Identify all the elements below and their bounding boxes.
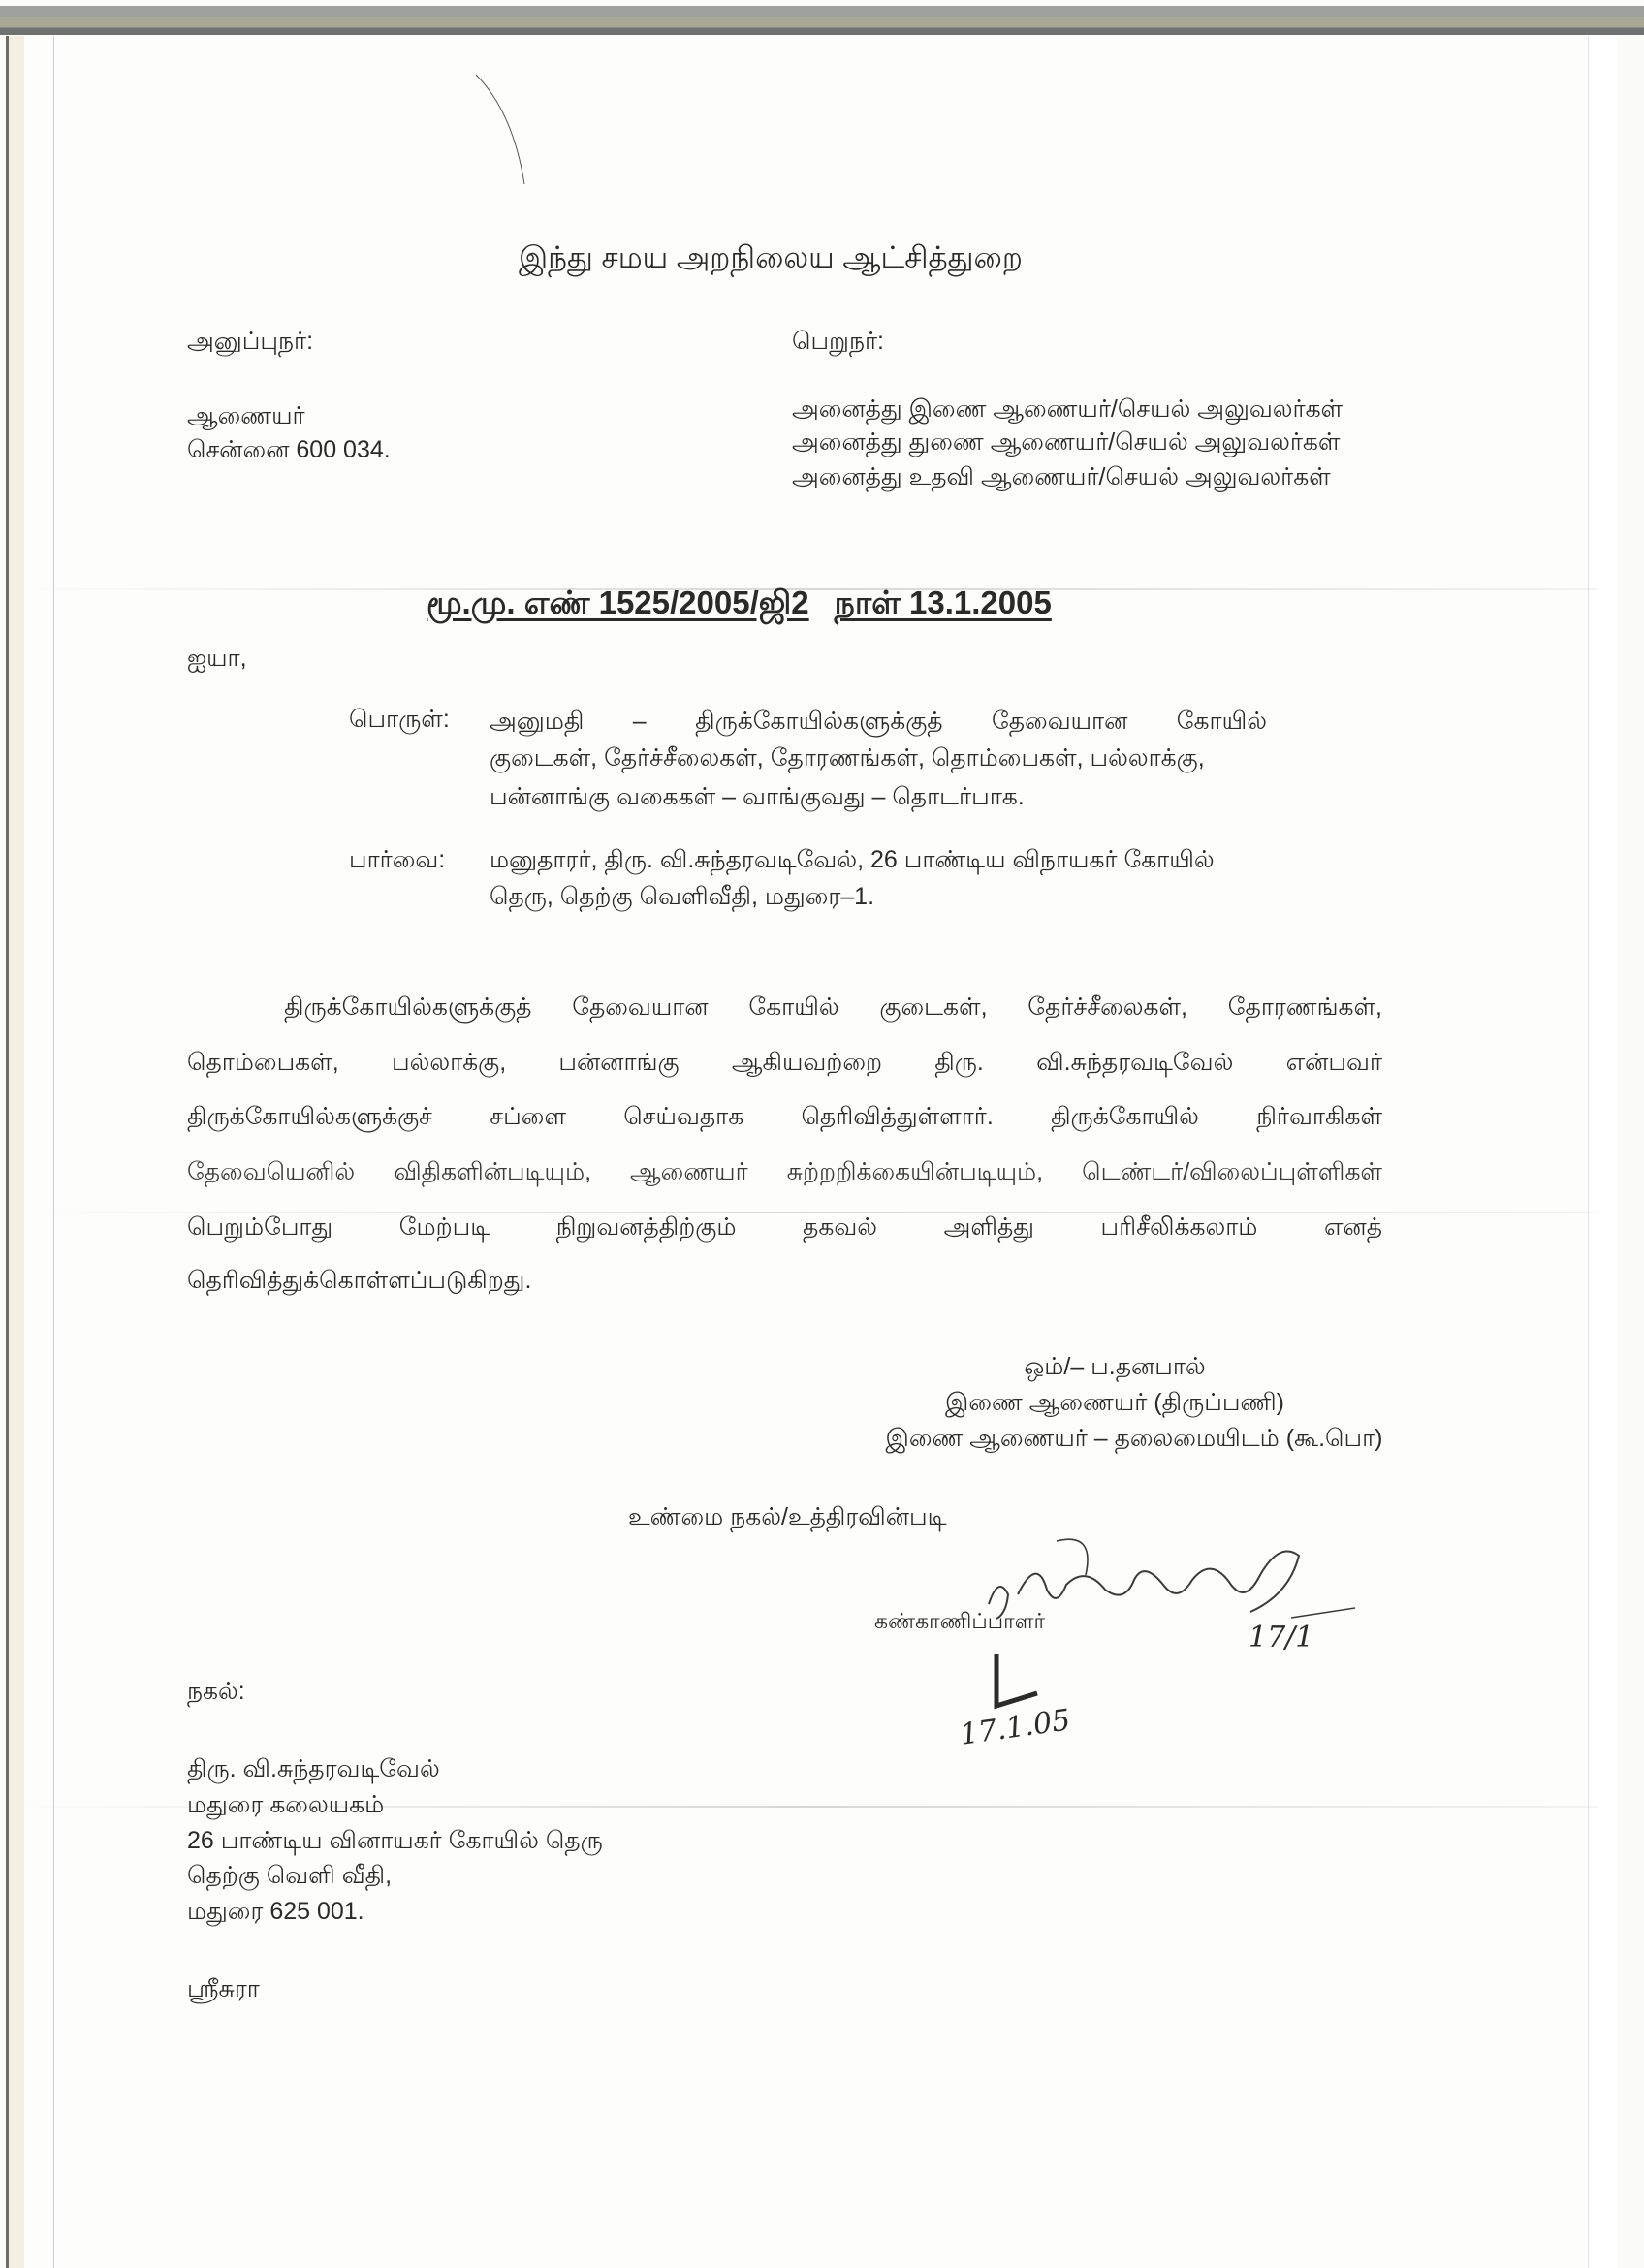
- subject-line: குடைகள், தேர்ச்சீலைகள், தோரணங்கள், தொம்ப…: [490, 746, 1205, 771]
- subject-line: அனுமதி – திருக்கோயில்களுக்குத் தேவையான க…: [490, 708, 1267, 739]
- subject-label: பொருள்:: [349, 708, 450, 732]
- signatory-designation: இணை ஆணையர் (திருப்பணி): [906, 1391, 1323, 1415]
- subject-line: பன்னாங்கு வகைகள் – வாங்குவது – தொடர்பாக.: [490, 785, 1025, 809]
- sender-line: ஆணையர்: [187, 404, 305, 428]
- reference-date: நாள் 13.1.2005: [835, 584, 1052, 620]
- document-page: [6, 36, 1618, 2268]
- pen-stroke: [1289, 1604, 1357, 1623]
- body-line: பெறும்போது மேற்படி நிறுவனத்திற்கும் தகவல…: [187, 1213, 1382, 1244]
- copy-to-line: திரு. வி.சுந்தரவடிவேல்: [187, 1757, 440, 1781]
- reference-doc-line: மனுதாரர், திரு. வி.சுந்தரவடிவேல், 26 பாண…: [490, 848, 1215, 872]
- body-line: தேவையெனில் விதிகளின்படியும், ஆணையர் சுற்…: [187, 1158, 1382, 1189]
- sender-label: அனுப்புநர்:: [187, 330, 313, 354]
- supervisor-designation: கண்காணிப்பாளர்: [874, 1611, 1045, 1632]
- page-right-edge: [1588, 36, 1618, 2268]
- copy-to-line: 26 பாண்டிய வினாயகர் கோயில் தெரு: [187, 1829, 603, 1853]
- body-line: திருக்கோயில்களுக்குச் சப்ளை செய்வதாக தெர…: [187, 1103, 1382, 1134]
- reference-number-line: மூ.மு. எண் 1525/2005/ஜி2நாள் 13.1.2005: [427, 586, 1052, 618]
- handwritten-tick-mark: [989, 1653, 1047, 1711]
- department-title: இந்து சமய அறநிலைய ஆட்சித்துறை: [519, 242, 1023, 272]
- sender-line: சென்னை 600 034.: [187, 438, 391, 462]
- copy-to-line: மதுரை கலையகம்: [187, 1793, 384, 1817]
- reference-number: மூ.மு. எண் 1525/2005/ஜி2: [427, 584, 809, 620]
- signatory-designation: இணை ஆணையர் – தலைமையிடம் (கூ.பொ): [863, 1427, 1406, 1451]
- scan-curve-artifact: [474, 73, 552, 189]
- handwritten-initial-date: 17/1: [1249, 1621, 1313, 1654]
- recipient-label: பெறுநர்:: [792, 330, 884, 354]
- reference-doc-line: தெரு, தெற்கு வெளிவீதி, மதுரை–1.: [490, 885, 874, 909]
- signatory-name: ஒம்/– ப.தனபால்: [998, 1355, 1231, 1379]
- page-left-margin: [9, 36, 24, 2268]
- reference-doc-label: பார்வை:: [349, 848, 445, 872]
- body-line: தெரிவித்துக்கொள்ளப்படுகிறது.: [187, 1269, 531, 1293]
- body-line: தொம்பைகள், பல்லாக்கு, பன்னாங்கு ஆகியவற்ற…: [187, 1049, 1382, 1080]
- copy-to-line: மதுரை 625 001.: [187, 1900, 364, 1924]
- body-line: திருக்கோயில்களுக்குத் தேவையான கோயில் குட…: [284, 993, 1382, 1024]
- typist-initials: ஸ்ரீசுரா: [187, 1977, 260, 2001]
- recipient-line: அனைத்து இணை ஆணையர்/செயல் அலுவலர்கள்: [792, 397, 1343, 422]
- scan-artifact-line: [53, 36, 54, 2268]
- copy-to-label: நகல்:: [187, 1680, 245, 1704]
- copy-to-line: தெற்கு வெளி வீதி,: [187, 1864, 392, 1888]
- recipient-line: அனைத்து துணை ஆணையர்/செயல் அலுவலர்கள்: [792, 430, 1340, 455]
- salutation: ஐயா,: [187, 646, 247, 671]
- recipient-line: அனைத்து உதவி ஆணையர்/செயல் அலுவலர்கள்: [792, 465, 1331, 489]
- true-copy-note: உண்மை நகல்/உத்திரவின்படி: [628, 1505, 947, 1529]
- scanner-lid-edge: [0, 6, 1644, 35]
